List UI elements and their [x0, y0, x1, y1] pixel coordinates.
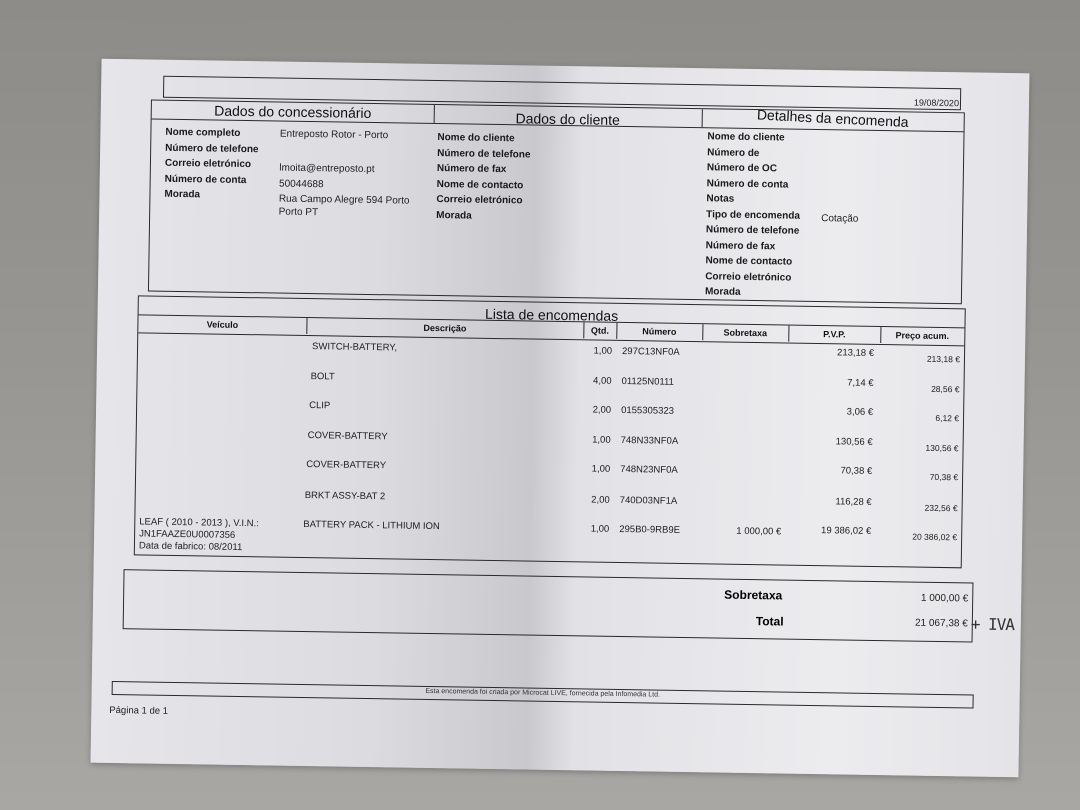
row-part-number: 740D03NF1A [620, 495, 678, 507]
row-surcharge [701, 436, 783, 437]
row-pvp: 70,38 € [786, 465, 872, 477]
row-part-number: 297C13NF0A [622, 346, 680, 358]
total-value: 21 067,38 € [915, 618, 968, 630]
row-pvp: 116,28 € [786, 496, 872, 508]
col-vehicle: Veículo [138, 315, 307, 334]
row-description: BATTERY PACK - LITHIUM ION [303, 519, 440, 532]
row-surcharge: 1 000,00 € [699, 525, 781, 537]
order-field-po-number: Número de OC [707, 158, 859, 176]
client-field-email: Correio eletrónico [436, 192, 530, 209]
row-qty: 1,00 [575, 523, 609, 535]
total-label: Total [756, 614, 784, 628]
col-number: Número [616, 323, 703, 340]
client-field-name: Nome do cliente [437, 130, 531, 147]
row-qty: 2,00 [576, 494, 610, 506]
order-field-contact: Nome de contacto [705, 251, 857, 269]
col-description: Descrição [306, 318, 584, 338]
order-field-notes: Notas [706, 189, 858, 207]
row-pvp: 19 386,02 € [785, 525, 871, 537]
row-qty: 1,00 [577, 434, 611, 446]
row-part-number: 0155305323 [621, 405, 674, 417]
row-cumulative: 20 386,02 € [877, 531, 957, 542]
row-cumulative: 70,38 € [878, 471, 958, 482]
surcharge-total-value: 1 000,00 € [921, 593, 968, 605]
row-description: CLIP [309, 400, 330, 411]
document-date: 19/08/2020 [914, 98, 959, 109]
client-section-title: Dados do cliente [434, 109, 702, 129]
row-part-number: 01125N0111 [621, 376, 673, 388]
row-description: BOLT [311, 371, 335, 382]
row-qty: 4,00 [578, 375, 612, 387]
row-surcharge [700, 496, 782, 497]
row-pvp: 3,06 € [787, 406, 873, 418]
row-description: COVER-BATTERY [306, 459, 386, 471]
row-surcharge [701, 406, 783, 407]
row-cumulative: 130,56 € [879, 442, 959, 453]
client-field-contact: Nome de contacto [437, 177, 531, 194]
header-info-box: Dados do concessionário Nome completo En… [148, 100, 965, 305]
row-surcharge [702, 347, 784, 348]
order-details-fields: Nome do cliente Número de Número de OC N… [705, 127, 860, 300]
row-cumulative: 28,56 € [879, 383, 959, 394]
col-qty: Qtd. [583, 322, 617, 339]
client-fields: Nome do cliente Número de telefone Númer… [436, 130, 531, 224]
row-cumulative: 232,56 € [878, 502, 958, 513]
col-pvp: P.V.P. [788, 326, 881, 343]
col-cumulative: Preço acum. [880, 327, 964, 344]
order-field-address: Morada [705, 282, 857, 300]
surcharge-total-label: Sobretaxa [724, 588, 782, 603]
footer-note: Esta encomenda foi criada por Microcat L… [113, 683, 973, 704]
client-field-fax: Número de fax [437, 161, 531, 178]
row-pvp: 213,18 € [788, 347, 874, 359]
order-field-client-name: Nome do cliente [707, 127, 859, 145]
client-field-phone: Número de telefone [437, 146, 531, 163]
handwritten-iva-note: + IVA [971, 614, 1014, 634]
row-vehicle-vin: JN1FAAZE0U0007356 [139, 528, 235, 541]
row-qty: 1,00 [578, 345, 612, 357]
row-vehicle: LEAF ( 2010 - 2013 ), V.I.N.: [139, 516, 259, 529]
row-pvp: 130,56 € [787, 436, 873, 448]
order-list-box: Lista de encomendas Veículo Descrição Qt… [134, 295, 966, 568]
row-qty: 1,00 [576, 463, 610, 475]
row-surcharge [700, 465, 782, 466]
row-pvp: 7,14 € [788, 377, 874, 389]
row-description: SWITCH-BATTERY, [312, 341, 397, 353]
dealer-fields: Nome completo Entreposto Rotor - Porto N… [164, 123, 411, 220]
col-surcharge: Sobretaxa [702, 324, 789, 341]
page-indicator: Página 1 de 1 [109, 705, 168, 717]
row-surcharge [702, 377, 784, 378]
row-cumulative: 213,18 € [880, 353, 960, 364]
row-description: COVER-BATTERY [308, 430, 388, 442]
client-field-address: Morada [436, 208, 530, 225]
printed-order-document: 19/08/2020 Dados do concessionário Nome … [91, 59, 1030, 777]
row-vehicle-build-date: Data de fabrico: 08/2011 [139, 540, 243, 553]
row-description: BRKT ASSY-BAT 2 [305, 490, 386, 502]
footer-band: Esta encomenda foi criada por Microcat L… [112, 681, 974, 709]
row-part-number: 748N23NF0A [620, 464, 678, 476]
row-part-number: 748N33NF0A [621, 435, 679, 447]
totals-box: Sobretaxa 1 000,00 € Total 21 067,38 € [123, 569, 974, 642]
row-cumulative: 6,12 € [879, 412, 959, 423]
row-qty: 2,00 [577, 404, 611, 416]
row-part-number: 295B0-9RB9E [619, 524, 680, 536]
